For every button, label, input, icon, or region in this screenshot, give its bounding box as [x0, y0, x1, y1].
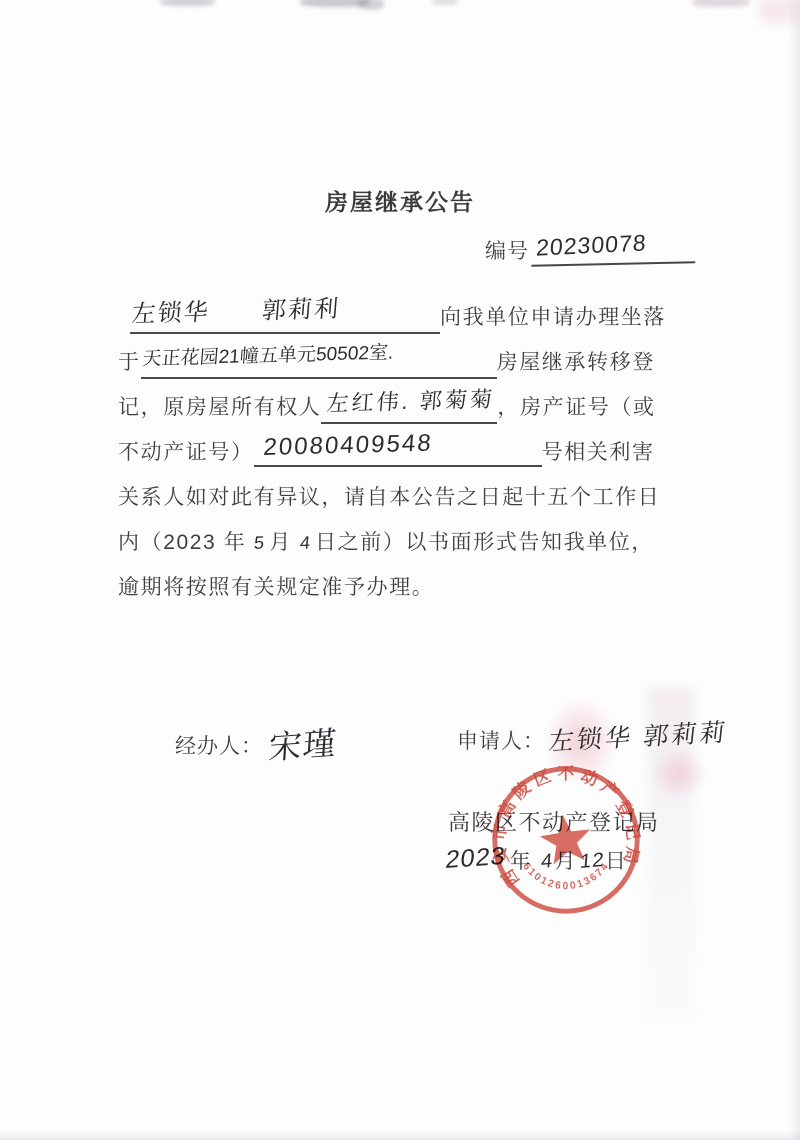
scan-artifact [160, 0, 215, 6]
body-line-4: 不动产证号）20080409548号相关利害 [118, 430, 693, 475]
applicant-label: 申请人： [457, 730, 545, 753]
printed-text: 房屋继承转移登 [497, 351, 655, 374]
handwritten-deadline-month: 5 [252, 520, 267, 566]
seal-star-icon [537, 811, 594, 866]
handwritten-deadline-day: 4 [298, 520, 313, 566]
number-label: 编号 [485, 240, 529, 263]
printed-text: 不动产证号） [118, 441, 254, 464]
handwritten-document-number: 20230078 [535, 227, 647, 262]
printed-text: 逾期将按照有关规定准予办理。 [118, 576, 434, 599]
handler-signature: 宋瑾 [267, 717, 339, 769]
handler-row: 经办人：宋瑾 [175, 722, 335, 769]
svg-text:6101260013674: 6101260013674 [520, 850, 614, 898]
scan-artifact [300, 0, 370, 7]
body-line-2: 于天正花园21幢五单元50502室.房屋继承转移登 [118, 340, 693, 385]
handwritten-certificate-number: 20080409548 [262, 426, 434, 466]
official-seal: 西安市高陵区不动产登记局 6101260013674 [471, 745, 661, 935]
printed-text: 记，原房屋所有权人 [118, 396, 321, 419]
scan-artifact [432, 0, 458, 5]
document-number-row: 编号20230078 [485, 231, 695, 265]
applicants-blank-field: 左锁华 郭莉利 [130, 295, 440, 334]
notice-body: 左锁华 郭莉利向我单位申请办理坐落 于天正花园21幢五单元50502室.房屋继承… [118, 295, 693, 610]
printed-text: 于 [118, 351, 141, 374]
printed-text: 内（2023 年 [118, 531, 246, 554]
scan-edge-shadow [788, 0, 800, 1140]
printed-text: 号相关利害 [542, 441, 655, 464]
body-line-6: 内（2023 年5月4日之前）以书面形式告知我单位， [118, 520, 693, 565]
printed-text: 月 [269, 531, 292, 554]
body-line-1: 左锁华 郭莉利向我单位申请办理坐落 [118, 295, 693, 340]
handwritten-applicant-names: 左锁华 郭莉利 [130, 290, 342, 335]
document-title: 房屋继承公告 [0, 184, 800, 217]
scan-artifact [358, 0, 384, 10]
scan-artifact [758, 0, 800, 24]
seal-code: 6101260013674 [520, 850, 614, 898]
handler-label: 经办人： [175, 735, 263, 758]
body-line-5: 关系人如对此有异议，请自本公告之日起十五个工作日 [118, 475, 693, 520]
address-blank-field: 天正花园21幢五单元50502室. [141, 340, 497, 379]
printed-text: 关系人如对此有异议，请自本公告之日起十五个工作日 [118, 486, 660, 509]
body-line-3: 记，原房屋所有权人左红伟. 郭菊菊，房产证号（或 [118, 385, 693, 430]
scan-artifact [692, 0, 750, 7]
scanned-notice-page: 房屋继承公告 编号20230078 左锁华 郭莉利向我单位申请办理坐落 于天正花… [0, 0, 800, 1140]
scan-edge-shadow [0, 1130, 800, 1140]
owners-blank-field: 左红伟. 郭菊菊 [321, 385, 497, 424]
handwritten-address: 天正花园21幢五单元50502室. [141, 335, 395, 378]
printed-text: 日之前）以书面形式告知我单位， [315, 531, 654, 554]
printed-text: ，房产证号（或 [497, 396, 655, 419]
printed-text: 向我单位申请办理坐落 [440, 306, 666, 329]
body-line-7: 逾期将按照有关规定准予办理。 [118, 565, 693, 610]
number-underline: 20230078 [531, 229, 696, 266]
certificate-number-blank-field: 20080409548 [254, 430, 542, 467]
handwritten-owner-names: 左红伟. 郭菊菊 [325, 381, 497, 423]
